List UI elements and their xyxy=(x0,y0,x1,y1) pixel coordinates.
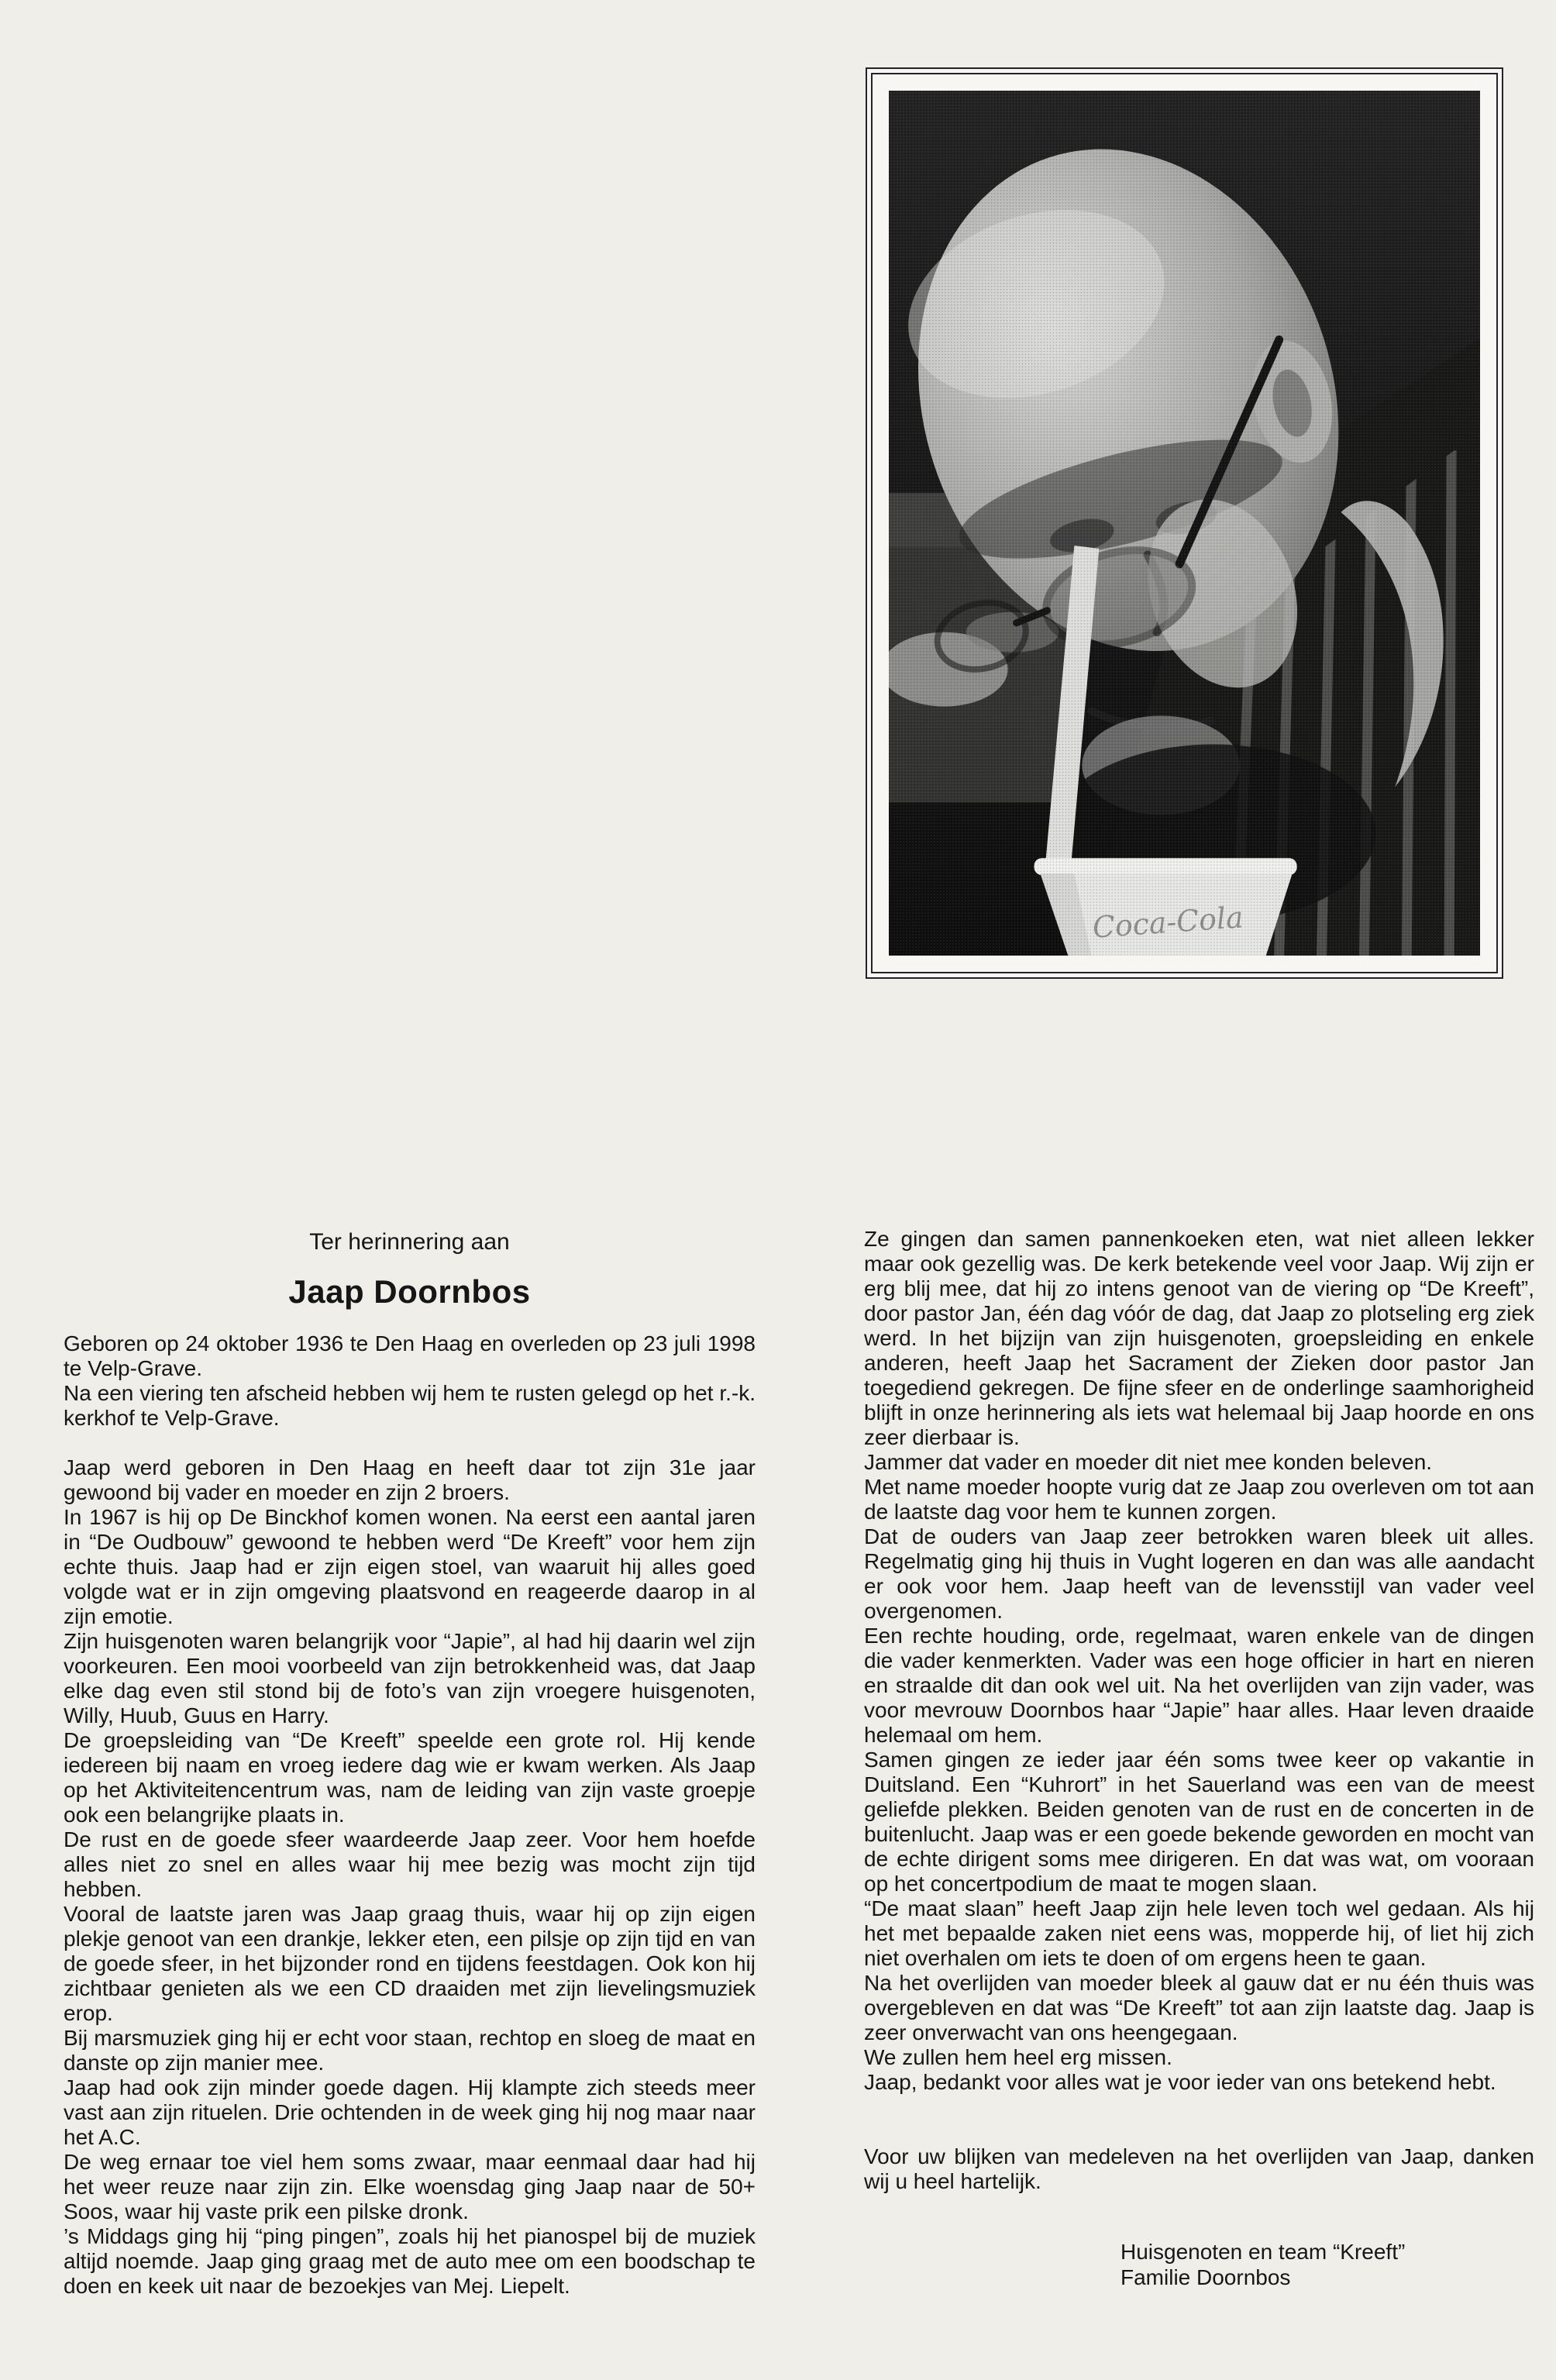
biography-paragraph: “De maat slaan” heeft Jaap zijn hele lev… xyxy=(864,1896,1534,1971)
biography-paragraph: Een rechte houding, orde, regelmaat, war… xyxy=(864,1624,1534,1748)
biography-paragraph: De rust en de goede sfeer waardeerde Jaa… xyxy=(64,1827,756,1902)
biography-paragraph: In 1967 is hij op De Binckhof komen wone… xyxy=(64,1505,756,1629)
deceased-name: Jaap Doornbos xyxy=(64,1274,756,1310)
biography-paragraph: Bij marsmuziek ging hij er echt voor sta… xyxy=(64,2026,756,2075)
memorial-card-page: Coca-Cola Ter herinnering aan Jaap Doorn… xyxy=(0,0,1556,2380)
photo-frame: Coca-Cola xyxy=(866,67,1503,979)
biography-paragraph: De weg ernaar toe viel hem soms zwaar, m… xyxy=(64,2150,756,2224)
biography-paragraph: Vooral de laatste jaren was Jaap graag t… xyxy=(64,1902,756,2026)
signature-line: Huisgenoten en team “Kreeft” xyxy=(1121,2239,1534,2265)
biography-paragraph: Jaap werd geboren in Den Haag en heeft d… xyxy=(64,1455,756,1505)
biography-paragraph: Jammer dat vader en moeder dit niet mee … xyxy=(864,1450,1534,1475)
biography-paragraph: De groepsleiding van “De Kreeft” speelde… xyxy=(64,1728,756,1827)
birth-death-block: Geboren op 24 oktober 1936 te Den Haag e… xyxy=(64,1331,756,1431)
portrait-photo: Coca-Cola xyxy=(889,91,1480,956)
right-column: Ze gingen dan samen pannenkoeken eten, w… xyxy=(864,1227,1534,2290)
biography-paragraph: Zijn huisgenoten waren belangrijk voor “… xyxy=(64,1629,756,1728)
biography-paragraph: Samen gingen ze ieder jaar één soms twee… xyxy=(864,1748,1534,1896)
signature-block: Huisgenoten en team “Kreeft” Familie Doo… xyxy=(864,2239,1534,2290)
biography-paragraph: ’s Middags ging hij “ping pingen”, zoals… xyxy=(64,2224,756,2299)
condolence-block: Voor uw blijken van medeleven na het ove… xyxy=(864,2144,1534,2194)
biography-paragraph: Na het overlijden van moeder bleek al ga… xyxy=(864,1971,1534,2045)
halftone-texture xyxy=(889,91,1480,956)
signature-line: Familie Doornbos xyxy=(1121,2265,1534,2290)
memorial-intro: Ter herinnering aan xyxy=(64,1229,756,1255)
birth-death-paragraph: Na een viering ten afscheid hebben wij h… xyxy=(64,1381,756,1431)
photo-matte: Coca-Cola xyxy=(871,73,1498,973)
biography-paragraph: Ze gingen dan samen pannenkoeken eten, w… xyxy=(864,1227,1534,1450)
birth-death-paragraph: Geboren op 24 oktober 1936 te Den Haag e… xyxy=(64,1331,756,1381)
biography-paragraph: Dat de ouders van Jaap zeer betrokken wa… xyxy=(864,1524,1534,1624)
biography-paragraph: Jaap, bedankt voor alles wat je voor ied… xyxy=(864,2070,1534,2095)
biography-paragraph: Met name moeder hoopte vurig dat ze Jaap… xyxy=(864,1475,1534,1524)
left-column: Ter herinnering aan Jaap Doornbos Gebore… xyxy=(64,1229,756,2299)
condolence-paragraph: Voor uw blijken van medeleven na het ove… xyxy=(864,2144,1534,2194)
left-biography-block: Jaap werd geboren in Den Haag en heeft d… xyxy=(64,1455,756,2299)
biography-paragraph: Jaap had ook zijn minder goede dagen. Hi… xyxy=(64,2075,756,2150)
biography-paragraph: We zullen hem heel erg missen. xyxy=(864,2045,1534,2070)
right-biography-block: Ze gingen dan samen pannenkoeken eten, w… xyxy=(864,1227,1534,2095)
